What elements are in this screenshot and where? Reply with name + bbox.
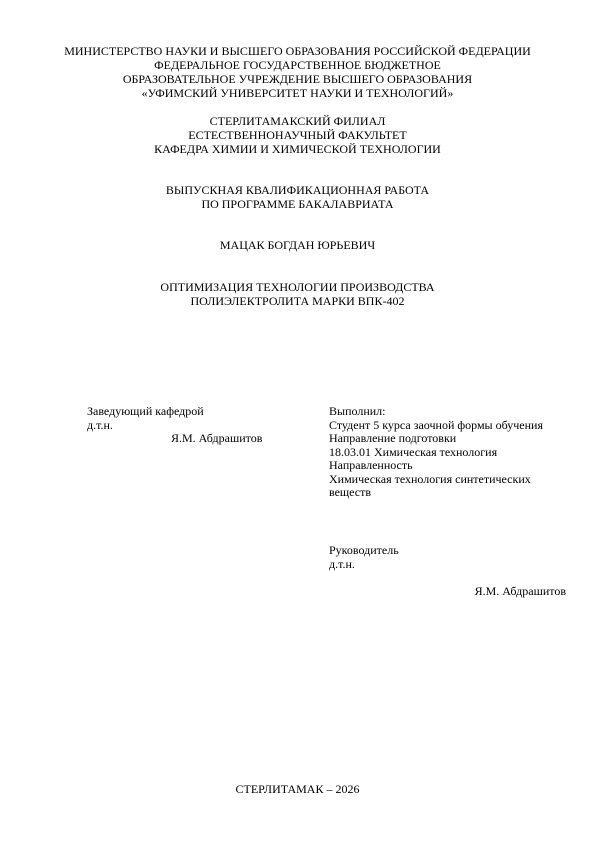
performed-line: Химическая технология синтетических xyxy=(329,473,569,487)
header-line: МИНИСТЕРСТВО НАУКИ И ВЫСШЕГО ОБРАЗОВАНИЯ… xyxy=(0,44,595,58)
work-type-line: ПО ПРОГРАММЕ БАКАЛАВРИАТА xyxy=(0,197,595,211)
performed-line: Студент 5 курса заочной формы обучения xyxy=(329,419,569,433)
head-label: Заведующий кафедрой xyxy=(87,405,262,419)
header-line: ОБРАЗОВАТЕЛЬНОЕ УЧРЕЖДЕНИЕ ВЫСШЕГО ОБРАЗ… xyxy=(0,72,595,86)
supervisor-label: Руководитель xyxy=(329,544,399,558)
head-degree: д.т.н. xyxy=(87,419,262,433)
head-of-department-block: Заведующий кафедрой д.т.н. Я.М. Абдрашит… xyxy=(87,405,262,446)
head-name: Я.М. Абдрашитов xyxy=(87,432,262,446)
supervisor-block: Руководитель д.т.н. xyxy=(329,544,399,571)
header-line: ФЕДЕРАЛЬНОЕ ГОСУДАРСТВЕННОЕ БЮДЖЕТНОЕ xyxy=(0,58,595,72)
thesis-title: ОПТИМИЗАЦИЯ ТЕХНОЛОГИИ ПРОИЗВОДСТВА ПОЛИ… xyxy=(0,280,595,308)
branch-line: СТЕРЛИТАМАКСКИЙ ФИЛИАЛ xyxy=(0,114,595,128)
author-name: МАЦАК БОГДАН ЮРЬЕВИЧ xyxy=(0,238,595,252)
ministry-header: МИНИСТЕРСТВО НАУКИ И ВЫСШЕГО ОБРАЗОВАНИЯ… xyxy=(0,44,595,100)
branch-line: ЕСТЕСТВЕННОНАУЧНЫЙ ФАКУЛЬТЕТ xyxy=(0,128,595,142)
performed-by-block: Выполнил: Студент 5 курса заочной формы … xyxy=(329,405,569,500)
title-line: ОПТИМИЗАЦИЯ ТЕХНОЛОГИИ ПРОИЗВОДСТВА xyxy=(0,280,595,294)
performed-line: Направление подготовки xyxy=(329,432,569,446)
supervisor-name: Я.М. Абдрашитов xyxy=(475,585,566,599)
city-year: СТЕРЛИТАМАК – 2026 xyxy=(0,782,595,797)
performed-line: 18.03.01 Химическая технология xyxy=(329,446,569,460)
header-line: «УФИМСКИЙ УНИВЕРСИТЕТ НАУКИ И ТЕХНОЛОГИЙ… xyxy=(0,86,595,100)
supervisor-degree: д.т.н. xyxy=(329,558,399,572)
performed-line: Направленность xyxy=(329,459,569,473)
work-type: ВЫПУСКНАЯ КВАЛИФИКАЦИОННАЯ РАБОТА ПО ПРО… xyxy=(0,183,595,211)
performed-label: Выполнил: xyxy=(329,405,569,419)
branch-line: КАФЕДРА ХИМИИ И ХИМИЧЕСКОЙ ТЕХНОЛОГИИ xyxy=(0,142,595,156)
title-line: ПОЛИЭЛЕКТРОЛИТА МАРКИ ВПК-402 xyxy=(0,294,595,308)
performed-line: веществ xyxy=(329,486,569,500)
branch-header: СТЕРЛИТАМАКСКИЙ ФИЛИАЛ ЕСТЕСТВЕННОНАУЧНЫ… xyxy=(0,114,595,156)
work-type-line: ВЫПУСКНАЯ КВАЛИФИКАЦИОННАЯ РАБОТА xyxy=(0,183,595,197)
